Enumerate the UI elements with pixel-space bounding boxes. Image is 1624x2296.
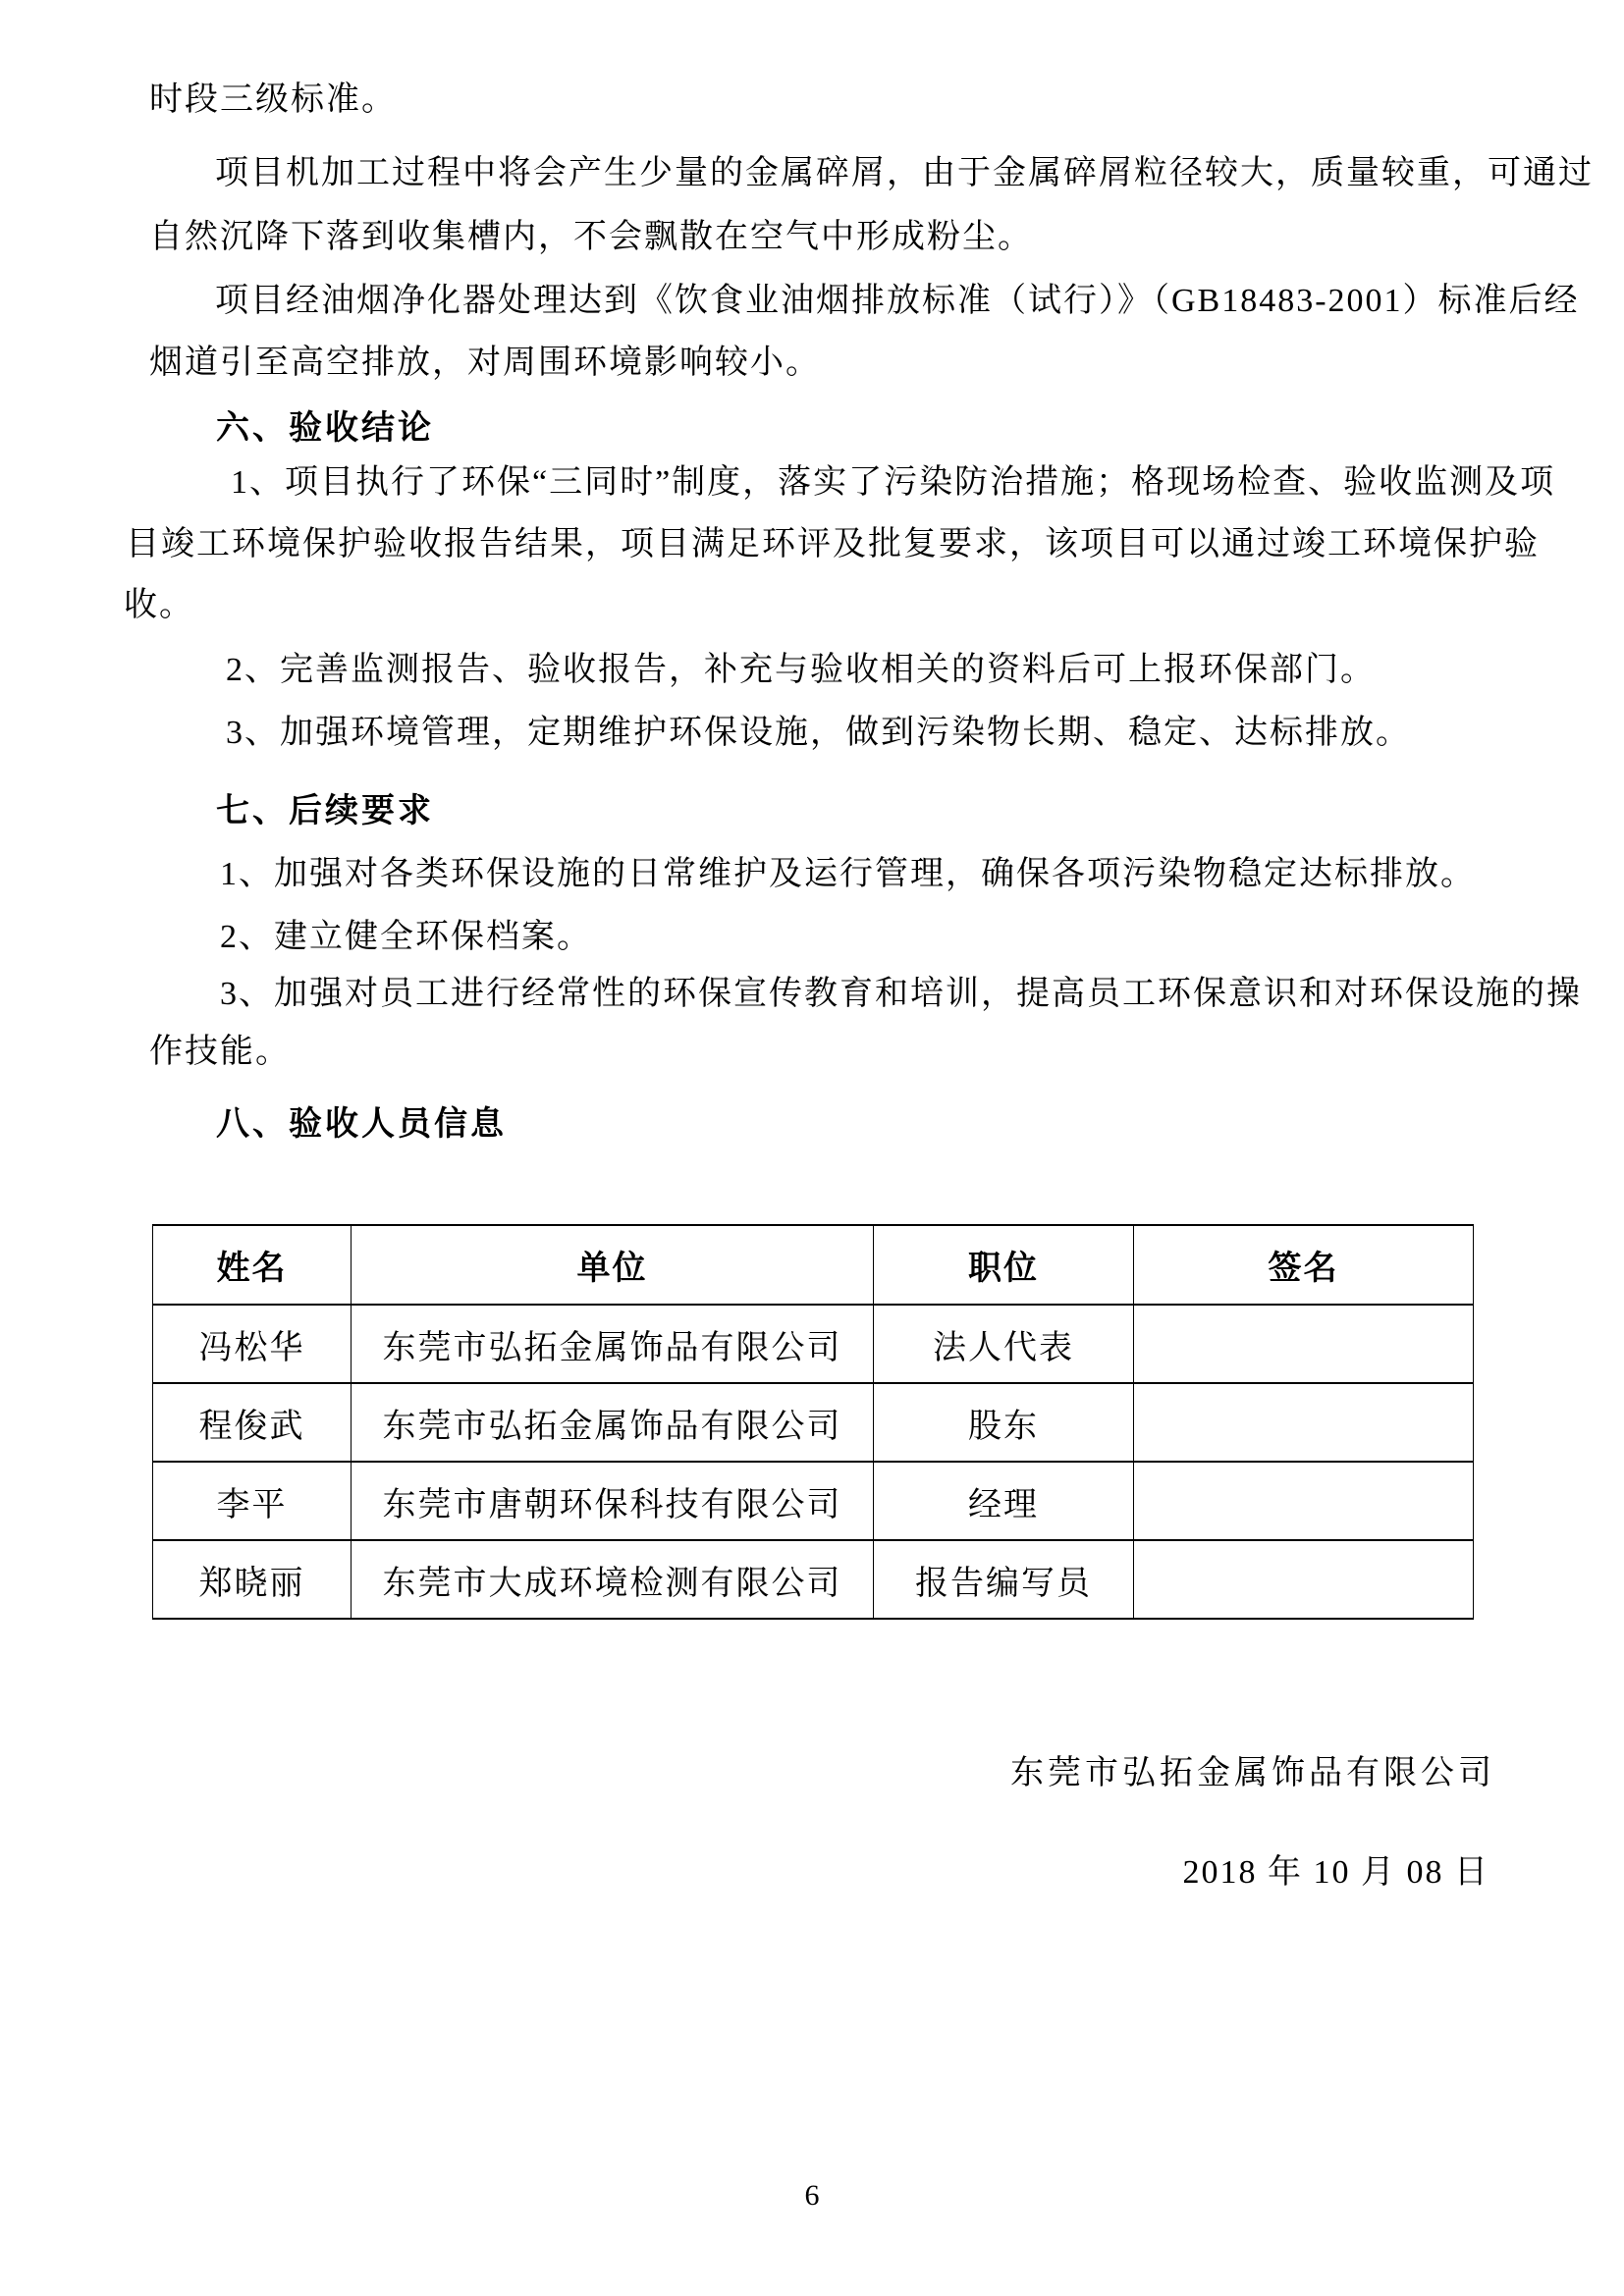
col-header-signature: 签名 [1134, 1225, 1474, 1305]
body-line: 作技能。 [149, 1033, 291, 1072]
section-heading-conclusion: 六、验收结论 [216, 408, 434, 448]
cell-unit: 东莞市大成环境检测有限公司 [352, 1540, 874, 1619]
body-line: 项目经油烟净化器处理达到《饮食业油烟排放标准（试行）》（GB18483-2001… [215, 282, 1580, 321]
table-header-row: 姓名 单位 职位 签名 [153, 1225, 1474, 1305]
cell-signature [1134, 1540, 1474, 1619]
table-row: 程俊武 东莞市弘拓金属饰品有限公司 股东 [153, 1383, 1474, 1462]
body-line: 2、完善监测报告、验收报告，补充与验收相关的资料后可上报环保部门。 [226, 651, 1376, 690]
signing-date: 2018 年 10 月 08 日 [1183, 1853, 1490, 1893]
body-line: 1、加强对各类环保设施的日常维护及运行管理，确保各项污染物稳定达标排放。 [220, 855, 1476, 894]
body-line: 收。 [124, 586, 194, 625]
section-heading-follow-up: 七、后续要求 [216, 791, 434, 830]
body-line: 3、加强环境管理，定期维护环保设施，做到污染物长期、稳定、达标排放。 [226, 714, 1411, 753]
body-line: 3、加强对员工进行经常性的环保宣传教育和培训，提高员工环保意识和对环保设施的操 [220, 975, 1582, 1014]
col-header-name: 姓名 [153, 1225, 352, 1305]
table-row: 郑晓丽 东莞市大成环境检测有限公司 报告编写员 [153, 1540, 1474, 1619]
table-row: 李平 东莞市唐朝环保科技有限公司 经理 [153, 1462, 1474, 1540]
body-line: 时段三级标准。 [149, 80, 397, 120]
section-heading-personnel: 八、验收人员信息 [216, 1104, 507, 1144]
cell-name: 程俊武 [153, 1383, 352, 1462]
col-header-unit: 单位 [352, 1225, 874, 1305]
body-line: 1、项目执行了环保“三同时”制度，落实了污染防治措施；格现场检查、验收监测及项 [231, 463, 1555, 503]
cell-unit: 东莞市弘拓金属饰品有限公司 [352, 1383, 874, 1462]
cell-name: 冯松华 [153, 1305, 352, 1383]
cell-name: 郑晓丽 [153, 1540, 352, 1619]
cell-unit: 东莞市唐朝环保科技有限公司 [352, 1462, 874, 1540]
cell-signature [1134, 1383, 1474, 1462]
cell-signature [1134, 1305, 1474, 1383]
body-line: 自然沉降下落到收集槽内，不会飘散在空气中形成粉尘。 [149, 218, 1033, 257]
cell-position: 股东 [874, 1383, 1134, 1462]
signing-company: 东莞市弘拓金属饰品有限公司 [1010, 1754, 1495, 1793]
page-number: 6 [0, 2178, 1624, 2214]
cell-name: 李平 [153, 1462, 352, 1540]
body-line: 项目机加工过程中将会产生少量的金属碎屑，由于金属碎屑粒径较大，质量较重，可通过 [215, 154, 1594, 193]
body-line: 目竣工环境保护验收报告结果，项目满足环评及批复要求，该项目可以通过竣工环境保护验 [126, 525, 1540, 564]
body-line: 2、建立健全环保档案。 [220, 918, 592, 957]
table-row: 冯松华 东莞市弘拓金属饰品有限公司 法人代表 [153, 1305, 1474, 1383]
cell-signature [1134, 1462, 1474, 1540]
cell-position: 经理 [874, 1462, 1134, 1540]
cell-position: 法人代表 [874, 1305, 1134, 1383]
document-page: 时段三级标准。 项目机加工过程中将会产生少量的金属碎屑，由于金属碎屑粒径较大，质… [0, 0, 1624, 2296]
body-line: 烟道引至高空排放，对周围环境影响较小。 [149, 344, 821, 383]
col-header-position: 职位 [874, 1225, 1134, 1305]
cell-position: 报告编写员 [874, 1540, 1134, 1619]
cell-unit: 东莞市弘拓金属饰品有限公司 [352, 1305, 874, 1383]
acceptance-personnel-table: 姓名 单位 职位 签名 冯松华 东莞市弘拓金属饰品有限公司 法人代表 程俊武 东… [152, 1224, 1474, 1620]
